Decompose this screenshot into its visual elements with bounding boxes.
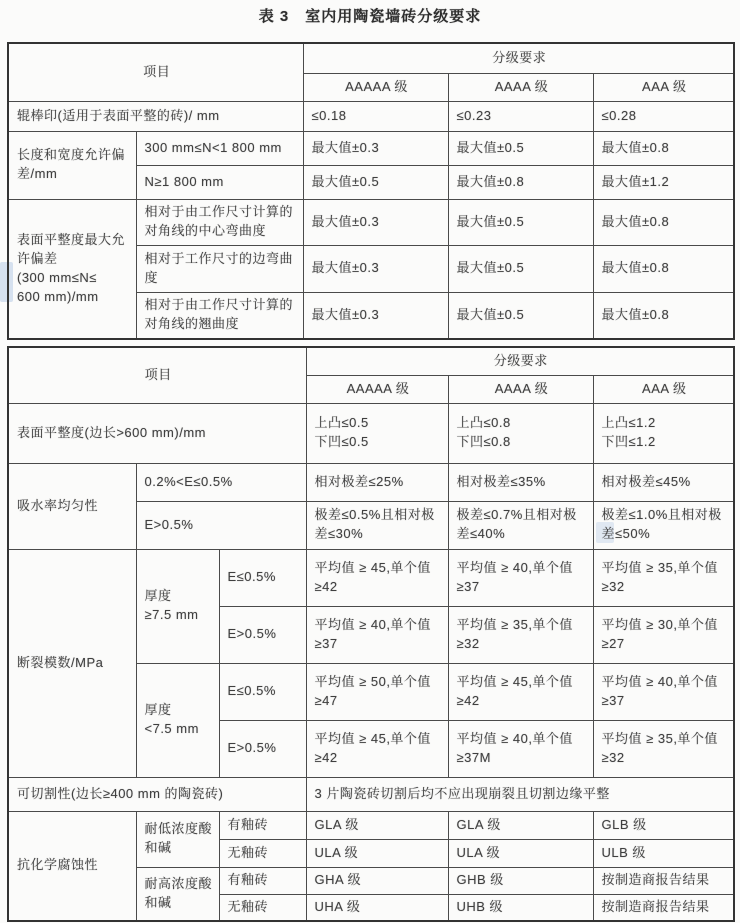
row-label-size-tolerance: 长度和宽度允许偏差/mm [8,131,136,199]
value-cell: 平均值 ≥ 45,单个值≥42 [306,549,448,606]
condition-cell: E>0.5% [136,501,306,549]
value-cell: 最大值±0.5 [448,199,593,245]
value-cell: 最大值±1.2 [593,165,734,199]
header-grade-aaaa: AAAA 级 [448,375,593,403]
grading-table-dimensions: 项目 分级要求 AAAAA 级 AAAA 级 AAA 级 辊棒印(适用于表面平整… [7,42,735,340]
condition-cell: N≥1 800 mm [136,165,303,199]
value-cell: 极差≤0.5%且相对极差≤30% [306,501,448,549]
row-label-surface-flatness: 表面平整度(边长>600 mm)/mm [8,403,306,463]
header-item: 项目 [8,43,303,101]
value-cell: 平均值 ≥ 35,单个值≥32 [593,720,734,777]
value-cell: ULA 级 [306,839,448,867]
condition-cell: 300 mm≤N<1 800 mm [136,131,303,165]
value-cell: ≤0.18 [303,101,448,131]
value-cell: 平均值 ≥ 35,单个值≥32 [593,549,734,606]
table-title: 表 3 室内用陶瓷墙砖分级要求 [0,5,740,26]
value-cell: GLA 级 [448,811,593,839]
value-cell: 最大值±0.5 [448,245,593,292]
value-cell: UHA 级 [306,894,448,921]
value-cell: 最大值±0.3 [303,199,448,245]
header-grade-aaaa: AAAA 级 [448,73,593,101]
value-cell: ULB 级 [593,839,734,867]
value-cell: GHA 级 [306,867,448,894]
thickness-cell: 厚度 ≥7.5 mm [136,549,219,663]
value-cell: 平均值 ≥ 35,单个值≥32 [448,606,593,663]
condition-cell: E≤0.5% [219,663,306,720]
value-cell: 上凸≤1.2 下凹≤1.2 [593,403,734,463]
value-cell: 上凸≤0.8 下凹≤0.8 [448,403,593,463]
glaze-type-cell: 无釉砖 [219,894,306,921]
value-cell: ≤0.23 [448,101,593,131]
thickness-cell: 厚度 <7.5 mm [136,663,219,777]
value-cell: 平均值 ≥ 30,单个值≥27 [593,606,734,663]
value-cell: 最大值±0.5 [303,165,448,199]
condition-cell: 0.2%<E≤0.5% [136,463,306,501]
condition-cell: 相对于工作尺寸的边弯曲度 [136,245,303,292]
value-cell: 相对极差≤35% [448,463,593,501]
value-cell: 最大值±0.8 [593,245,734,292]
glaze-type-cell: 无釉砖 [219,839,306,867]
value-cell: GHB 级 [448,867,593,894]
value-cell: 极差≤0.7%且相对极差≤40% [448,501,593,549]
value-cell: 相对极差≤25% [306,463,448,501]
value-cell: GLB 级 [593,811,734,839]
value-cell: UHB 级 [448,894,593,921]
condition-cell: E>0.5% [219,720,306,777]
grading-table-performance: 项目 分级要求 AAAAA 级 AAAA 级 AAA 级 表面平整度(边长>60… [7,346,735,922]
value-cell: 3 片陶瓷砖切割后均不应出现崩裂且切割边缘平整 [306,777,734,811]
value-cell: 最大值±0.3 [303,131,448,165]
header-grade-aaaaa: AAAAA 级 [303,73,448,101]
value-cell: 按制造商报告结果 [593,867,734,894]
condition-cell: 相对于由工作尺寸计算的对角线的翘曲度 [136,292,303,339]
acid-type-cell: 耐低浓度酸和碱 [136,811,219,867]
value-cell: 平均值 ≥ 40,单个值≥37 [593,663,734,720]
header-item: 项目 [8,347,306,403]
value-cell: 平均值 ≥ 45,单个值≥42 [306,720,448,777]
value-cell: 最大值±0.3 [303,292,448,339]
value-cell: 平均值 ≥ 50,单个值≥47 [306,663,448,720]
value-cell: 上凸≤0.5 下凹≤0.5 [306,403,448,463]
row-label-flatness-deviation: 表面平整度最大允许偏差 (300 mm≤N≤ 600 mm)/mm [8,199,136,339]
header-grade-aaa: AAA 级 [593,375,734,403]
row-label-modulus-of-rupture: 断裂模数/MPa [8,549,136,777]
value-cell: ≤0.28 [593,101,734,131]
glaze-type-cell: 有釉砖 [219,867,306,894]
value-cell: 平均值 ≥ 40,单个值≥37 [306,606,448,663]
acid-type-cell: 耐高浓度酸和碱 [136,867,219,921]
condition-cell: E>0.5% [219,606,306,663]
value-cell: 极差≤1.0%且相对极差≤50% [593,501,734,549]
value-cell: GLA 级 [306,811,448,839]
condition-cell: E≤0.5% [219,549,306,606]
row-label-cuttability: 可切割性(边长≥400 mm 的陶瓷砖) [8,777,306,811]
value-cell: 平均值 ≥ 45,单个值≥42 [448,663,593,720]
header-grading-requirement: 分级要求 [306,347,734,375]
row-label-water-absorption-uniformity: 吸水率均匀性 [8,463,136,549]
row-label-chemical-resistance: 抗化学腐蚀性 [8,811,136,921]
value-cell: 最大值±0.5 [448,131,593,165]
condition-cell: 相对于由工作尺寸计算的对角线的中心弯曲度 [136,199,303,245]
value-cell: 最大值±0.5 [448,292,593,339]
value-cell: ULA 级 [448,839,593,867]
value-cell: 最大值±0.8 [593,131,734,165]
header-grade-aaaaa: AAAAA 级 [306,375,448,403]
header-grade-aaa: AAA 级 [593,73,734,101]
value-cell: 平均值 ≥ 40,单个值≥37 [448,549,593,606]
row-label-roller-mark: 辊棒印(适用于表面平整的砖)/ mm [8,101,303,131]
value-cell: 最大值±0.8 [448,165,593,199]
value-cell: 最大值±0.8 [593,292,734,339]
value-cell: 最大值±0.3 [303,245,448,292]
header-grading-requirement: 分级要求 [303,43,734,73]
glaze-type-cell: 有釉砖 [219,811,306,839]
value-cell: 最大值±0.8 [593,199,734,245]
value-cell: 按制造商报告结果 [593,894,734,921]
value-cell: 平均值 ≥ 40,单个值≥37M [448,720,593,777]
value-cell: 相对极差≤45% [593,463,734,501]
